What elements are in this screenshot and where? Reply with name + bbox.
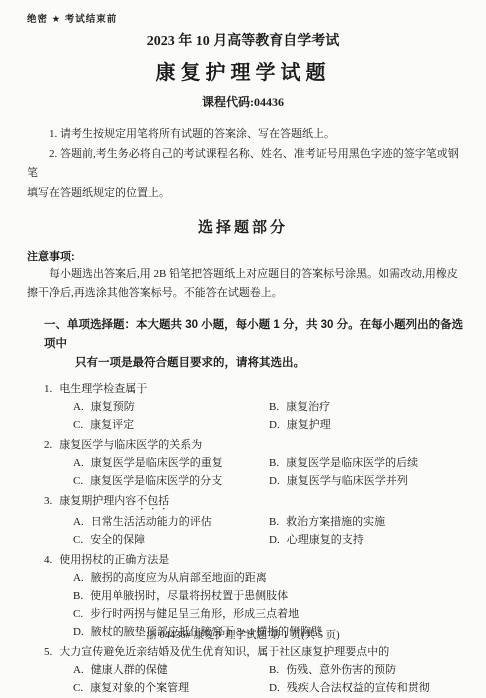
option: C.康复评定 (73, 416, 269, 434)
notice-paragraph: 每小题选出答案后,用 2B 铅笔把答题纸上对应题目的答案标号涂黑。如需改动,用橡… (27, 265, 462, 303)
option-text: 残疾人合法权益的宣传和贯彻 (287, 682, 430, 694)
option-label: D. (269, 475, 280, 487)
question-stem: 5.大力宣传避免近亲结婚及优生优育知识，属于社区康复护理要点中的 (44, 643, 472, 661)
question-stem: 3.康复期护理内容不包括 (44, 492, 472, 513)
option: B.康复治疗 (269, 398, 472, 416)
question-stem-text: 电生理学检查属于 (59, 383, 147, 395)
question-stem-emphasis: 不包括 (136, 495, 169, 507)
question-item: 3.康复期护理内容不包括A.日常生活活动能力的评估B.救治方案措施的实施C.安全… (44, 492, 472, 549)
option: D.心理康复的支持 (269, 531, 472, 549)
question-stem: 1.电生理学检查属于 (44, 380, 472, 398)
option-text: 康复预防 (91, 401, 135, 413)
option-label: D. (269, 419, 280, 431)
question-number: 2. (44, 439, 52, 451)
option: D.康复医学与临床医学并列 (269, 472, 472, 490)
option-label: D. (269, 682, 280, 694)
option-text: 康复护理 (287, 419, 331, 431)
question-stem-text: 康复医学与临床医学的关系为 (59, 439, 202, 451)
option-text: 健康人群的保健 (91, 664, 168, 676)
option-label: A. (73, 516, 84, 528)
option-text: 心理康复的支持 (287, 534, 364, 546)
notice-line: 擦干净后,再选涂其他答案标号。不能答在试题卷上。 (27, 284, 462, 303)
option-label: B. (269, 401, 279, 413)
option-label: A. (73, 572, 84, 584)
option-label: D. (269, 534, 280, 546)
question-stem-text: 康复期护理内容 (59, 495, 136, 507)
option-text: 康复医学是临床医学的重复 (91, 457, 223, 469)
option-label: C. (73, 475, 83, 487)
option-label: A. (73, 457, 84, 469)
question-stem-text: 使用拐杖的正确方法是 (59, 554, 169, 566)
part-one-heading-line: 一、单项选择题：本大题共 30 小题，每小题 1 分，共 30 分。在每小题列出… (44, 316, 470, 354)
question-number: 3. (44, 495, 52, 507)
option-label: B. (73, 590, 83, 602)
option-text: 安全的保障 (90, 534, 145, 546)
option: A.康复医学是临床医学的重复 (73, 454, 269, 472)
options-grid: A.日常生活活动能力的评估B.救治方案措施的实施C.安全的保障D.心理康复的支持 (73, 513, 472, 549)
option-text: 康复医学是临床医学的分支 (90, 475, 222, 487)
option: C.步行时两拐与健足呈三角形，形成三点着地 (73, 605, 472, 623)
option-label: C. (73, 419, 83, 431)
question-number: 5. (44, 646, 52, 658)
option-text: 伤残、意外伤害的预防 (286, 664, 396, 676)
question-item: 5.大力宣传避免近亲结婚及优生优育知识，属于社区康复护理要点中的A.健康人群的保… (44, 643, 472, 697)
option-label: C. (73, 682, 83, 694)
question-stem: 2.康复医学与临床医学的关系为 (44, 436, 472, 454)
option: A.康复预防 (73, 398, 269, 416)
question-stem-text: 大力宣传避免近亲结婚及优生优育知识，属于社区康复护理要点中的 (59, 646, 389, 658)
option-label: B. (269, 457, 279, 469)
option-text: 康复评定 (90, 419, 134, 431)
question-number: 4. (44, 554, 52, 566)
question-number: 1. (44, 383, 52, 395)
option-label: C. (73, 534, 83, 546)
questions-list: 1.电生理学检查属于A.康复预防B.康复治疗C.康复评定D.康复护理2.康复医学… (44, 380, 472, 697)
question-item: 1.电生理学检查属于A.康复预防B.康复治疗C.康复评定D.康复护理 (44, 380, 472, 434)
option: B.使用单腋拐时，尽量将拐杖置于患侧肢体 (73, 587, 472, 605)
option-text: 救治方案措施的实施 (286, 516, 385, 528)
option: B.康复医学是临床医学的后续 (269, 454, 472, 472)
instruction-line: 1. 请考生按规定用笔将所有试题的答案涂、写在答题纸上。 (27, 125, 462, 145)
section-title: 选择题部分 (0, 216, 486, 237)
part-one-heading-line: 只有一项是最符合题目要求的，请将其选出。 (44, 354, 470, 373)
exam-session-title: 2023 年 10 月高等教育自学考试 (0, 30, 486, 50)
option: A.腋拐的高度应为从肩部至地面的距离 (73, 569, 472, 587)
option-text: 康复对象的个案管理 (90, 682, 189, 694)
option: B.救治方案措施的实施 (269, 513, 472, 531)
page-footer: 浙 04436# 康复护理学试题 第 1 页(共 5 页) (0, 627, 486, 642)
exam-page: 绝密 ★ 考试结束前 2023 年 10 月高等教育自学考试 康复护理学试题 课… (0, 0, 486, 698)
option: A.健康人群的保健 (73, 661, 269, 679)
option-label: C. (73, 608, 83, 620)
option-text: 康复治疗 (286, 401, 330, 413)
instruction-line: 2. 答题前,考生务必将自己的考试课程名称、姓名、准考证号用黑色字迹的签字笔或钢… (27, 145, 462, 184)
options-grid: A.康复预防B.康复治疗C.康复评定D.康复护理 (73, 398, 472, 434)
option-text: 使用单腋拐时，尽量将拐杖置于患侧肢体 (90, 590, 288, 602)
instruction-line: 填写在答题纸规定的位置上。 (27, 184, 462, 204)
option: D.残疾人合法权益的宣传和贯彻 (269, 679, 472, 697)
option: C.康复对象的个案管理 (73, 679, 269, 697)
options-grid: A.康复医学是临床医学的重复B.康复医学是临床医学的后续C.康复医学是临床医学的… (73, 454, 472, 490)
question-stem: 4.使用拐杖的正确方法是 (44, 551, 472, 569)
option-text: 康复医学与临床医学并列 (287, 475, 408, 487)
option-label: A. (73, 401, 84, 413)
option-label: B. (269, 516, 279, 528)
notice-label: 注意事项: (27, 248, 459, 264)
option-text: 日常生活活动能力的评估 (91, 516, 212, 528)
option-label: A. (73, 664, 84, 676)
question-item: 2.康复医学与临床医学的关系为A.康复医学是临床医学的重复B.康复医学是临床医学… (44, 436, 472, 490)
security-marking: 绝密 ★ 考试结束前 (27, 11, 117, 25)
option-label: B. (269, 664, 279, 676)
option-text: 腋拐的高度应为从肩部至地面的距离 (91, 572, 267, 584)
option: D.康复护理 (269, 416, 472, 434)
option: A.日常生活活动能力的评估 (73, 513, 269, 531)
option: B.伤残、意外伤害的预防 (269, 661, 472, 679)
option: C.康复医学是临床医学的分支 (73, 472, 269, 490)
option: C.安全的保障 (73, 531, 269, 549)
options-grid: A.健康人群的保健B.伤残、意外伤害的预防C.康复对象的个案管理D.残疾人合法权… (73, 661, 472, 697)
option-text: 步行时两拐与健足呈三角形，形成三点着地 (90, 608, 299, 620)
exam-subject-title: 康复护理学试题 (0, 56, 486, 85)
candidate-instructions: 1. 请考生按规定用笔将所有试题的答案涂、写在答题纸上。2. 答题前,考生务必将… (27, 125, 462, 203)
notice-line: 每小题选出答案后,用 2B 铅笔把答题纸上对应题目的答案标号涂黑。如需改动,用橡… (27, 265, 462, 284)
part-one-heading: 一、单项选择题：本大题共 30 小题，每小题 1 分，共 30 分。在每小题列出… (44, 316, 470, 373)
course-code: 课程代码:04436 (0, 93, 486, 110)
option-text: 康复医学是临床医学的后续 (286, 457, 418, 469)
